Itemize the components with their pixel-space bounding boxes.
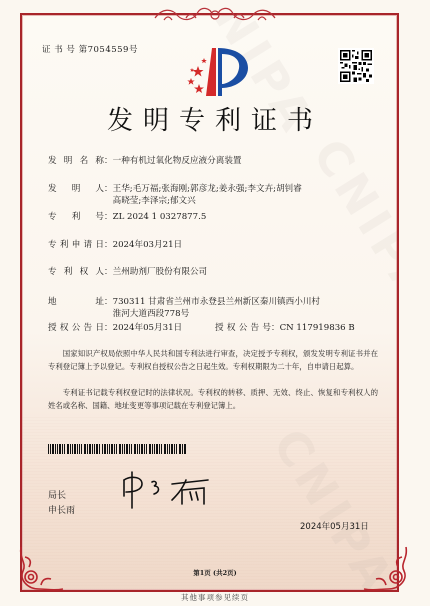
field-label: 地址 <box>48 296 104 308</box>
field-grant-date: 授权公告日：2024年05月31日 <box>48 322 182 334</box>
field-value: 兰州助剂厂股份有限公司 <box>113 266 208 278</box>
field-address: 地址： 730311 甘肃省兰州市永登县兰州新区秦川镇西小川村 淮河大道西段77… <box>48 296 320 320</box>
field-value: 王华;毛万福;张海刚;郭彦龙;姜永强;李文卉;胡钊睿 <box>113 184 302 194</box>
field-label: 专利号 <box>48 211 104 223</box>
field-label: 发明名称 <box>48 155 104 167</box>
field-value: 2024年05月31日 <box>113 322 183 334</box>
cnipa-logo-icon <box>182 40 252 98</box>
field-label: 专利权人 <box>48 266 104 278</box>
watermark: CNIPA <box>302 129 399 314</box>
certificate-number-label: 证 书 号 <box>42 45 75 55</box>
field-value-line2: 高晓莹;李泽宗;郁文兴 <box>113 196 196 206</box>
signatory-name: 申长雨 <box>48 503 75 516</box>
field-value: ZL 2024 1 0327877.5 <box>113 211 207 223</box>
field-patent-number: 专利号：ZL 2024 1 0327877.5 <box>48 211 206 223</box>
field-label: 专利申请日 <box>48 239 104 251</box>
field-label: 授权公告号 <box>215 322 271 334</box>
field-value: 一种有机过氧化物反应液分离装置 <box>113 155 242 167</box>
field-label: 授权公告日 <box>48 322 104 334</box>
field-invention-name: 发明名称：一种有机过氧化物反应液分离装置 <box>48 155 242 167</box>
field-grant-number: 授权公告号：CN 117919836 B <box>215 322 355 334</box>
signature-icon <box>120 470 230 510</box>
signatory-title: 局长 <box>48 488 66 501</box>
field-value: 730311 甘肃省兰州市永登县兰州新区秦川镇西小川村 <box>113 297 320 307</box>
legal-paragraph-1: 国家知识产权局依照中华人民共和国专利法进行审查，决定授予专利权，颁发发明专利证书… <box>48 348 378 373</box>
field-patentee: 专利权人：兰州助剂厂股份有限公司 <box>48 266 207 278</box>
certificate-number: 证 书 号 第7054559号 <box>42 43 138 55</box>
page-indicator: 第1页 (共2页) <box>0 568 430 577</box>
qr-code[interactable] <box>338 48 374 84</box>
top-ornament-icon <box>150 4 280 26</box>
barcode-icon <box>48 444 186 454</box>
field-application-date: 专利申请日：2024年03月21日 <box>48 239 182 251</box>
qr-code-icon <box>340 50 372 82</box>
field-value-line2: 淮河大道西段778号 <box>113 309 190 319</box>
legal-paragraph-2: 专利证书记载专利权登记时的法律状况。专利权的转移、质押、无效、终止、恢复和专利权… <box>48 387 378 412</box>
footer-note: 其他事项参见续页 <box>0 592 430 603</box>
issue-date: 2024年05月31日 <box>300 520 369 532</box>
field-value: CN 117919836 B <box>280 322 355 334</box>
field-label: 发明人 <box>48 183 104 195</box>
certificate-number-value: 第7054559号 <box>79 45 138 55</box>
certificate-title: 发明专利证书 <box>0 100 430 137</box>
field-value: 2024年03月21日 <box>113 239 183 251</box>
field-inventors: 发明人： 王华;毛万福;张海刚;郭彦龙;姜永强;李文卉;胡钊睿 高晓莹;李泽宗;… <box>48 183 302 207</box>
